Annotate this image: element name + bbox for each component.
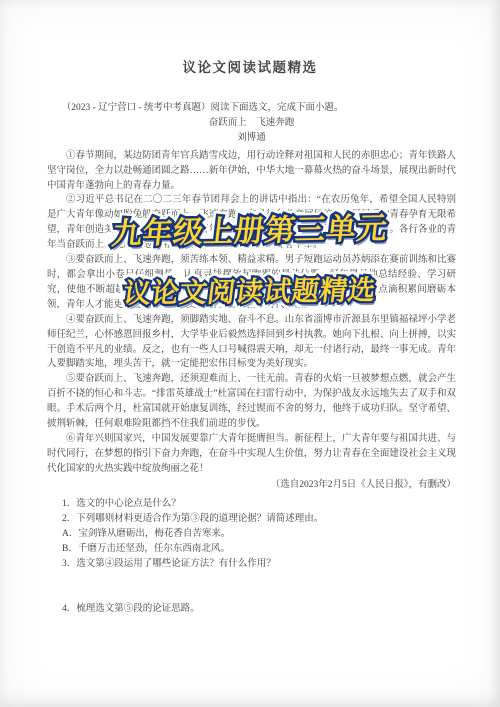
- question-list: 1．选文的中心论点是什么？ 2．下列哪则材料更适合作为第③段的道理论据？请简述理…: [47, 497, 456, 617]
- question-item: 2．下列哪则材料更适合作为第③段的道理论据？请简述理由。: [62, 512, 456, 527]
- essay-title: 奋跃而上 飞速奔跑: [47, 116, 456, 131]
- essay-paragraph: ⑤要奋跃而上、飞速奔跑，还须迎难而上、一往无前。青春的火焰一旦被梦想点燃，就会产…: [47, 372, 456, 432]
- question-item: 4．梳理选文第⑤段的论证思路。: [62, 602, 456, 617]
- essay-paragraph: ②习近平总书记在二〇二三年春节团拜会上的讲话中指出：“在农历兔年，希望全国人民特…: [47, 193, 456, 253]
- document-page: 议论文阅读试题精选 （2023 - 辽宁营口 - 统考中考真题）阅读下面选文，完…: [0, 0, 500, 707]
- essay-paragraph: ①春节期间，某边防团青年官兵踏雪戍边，用行动诠释对祖国和人民的赤胆忠心；青年铁路…: [47, 149, 456, 194]
- document-title: 议论文阅读试题精选: [0, 56, 500, 76]
- exam-source-line: （2023 - 辽宁营口 - 统考中考真题）阅读下面选文，完成下面小题。: [47, 101, 456, 116]
- essay-paragraph: ④要奋跃而上、飞速奔跑，须脚踏实地、奋斗不息。山东省淄博市沂源县东里镇福禄坪小学…: [47, 313, 456, 373]
- essay-author: 刘博通: [47, 131, 456, 146]
- question-item: 3．选文第④段运用了哪些论证方法？有什么作用？: [62, 557, 456, 572]
- question-item: 1．选文的中心论点是什么？: [62, 497, 456, 512]
- document-body: （2023 - 辽宁营口 - 统考中考真题）阅读下面选文，完成下面小题。 奋跃而…: [47, 101, 456, 617]
- citation-line: （选自2023年2月5日《人民日报》，有删改）: [47, 478, 456, 493]
- essay-paragraph: ③要奋跃而上、飞速奔跑，须苦练本领、精益求精。男子短跑运动员苏炳添在赛前训练和比…: [47, 253, 456, 313]
- question-item: B．千磨万击还坚劲，任尔东西南北风。: [62, 542, 456, 557]
- essay-paragraph: ⑥青年兴则国家兴，中国发展要靠广大青年挺膺担当。新征程上，广大青年要与祖国共进、…: [47, 432, 456, 477]
- question-item: A．宝剑锋从磨砺出，梅花香自苦寒来。: [62, 527, 456, 542]
- essay-paragraphs: ①春节期间，某边防团青年官兵踏雪戍边，用行动诠释对祖国和人民的赤胆忠心；青年铁路…: [47, 149, 456, 477]
